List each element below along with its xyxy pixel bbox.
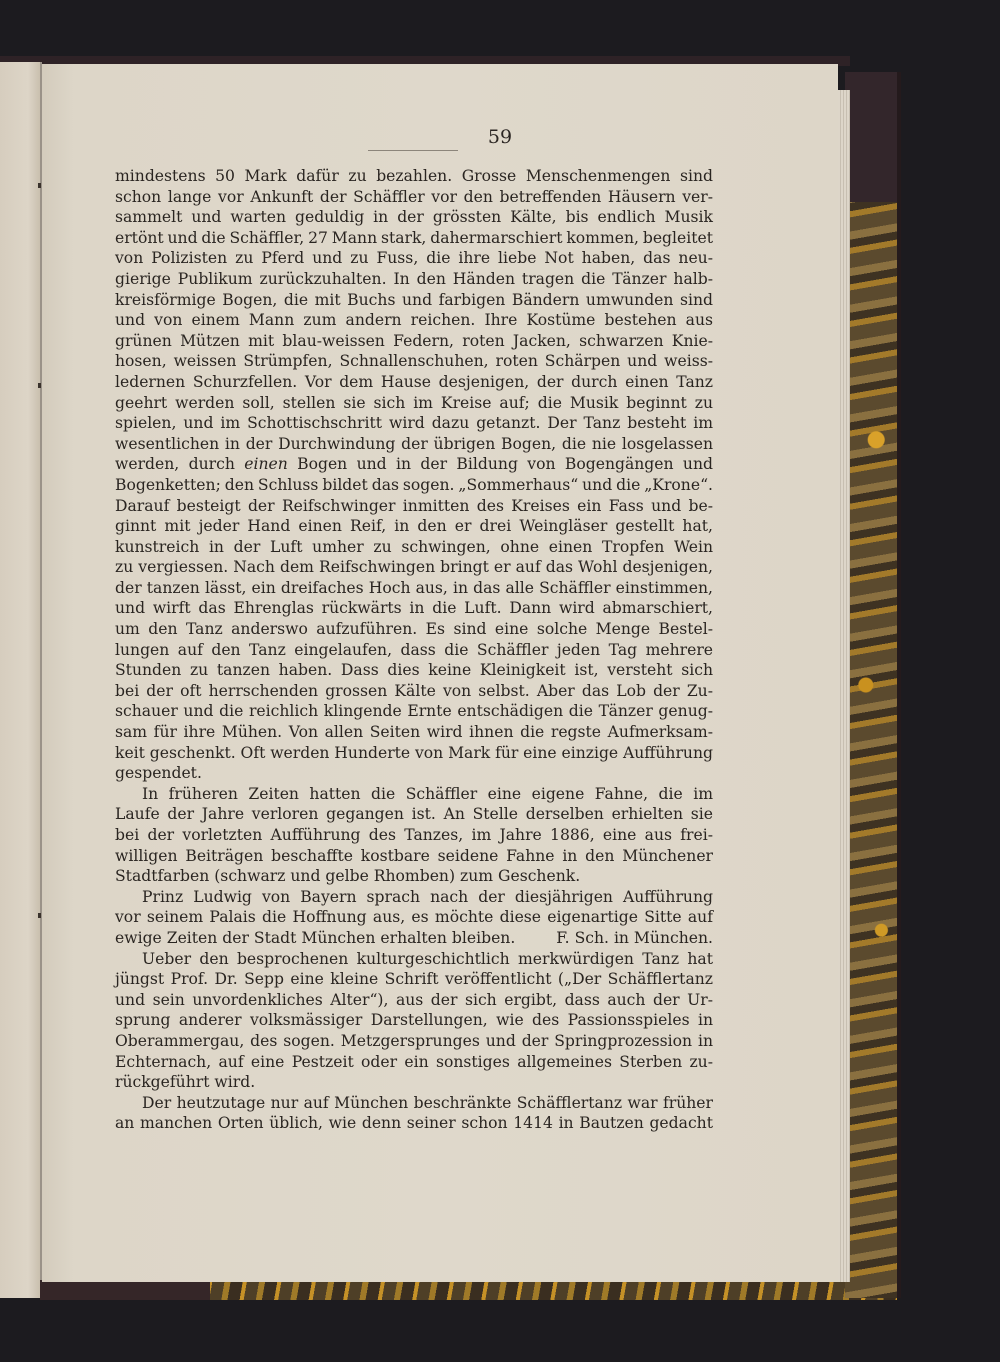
text-line: willigen Beiträgen beschaffte kostbare s…	[115, 846, 713, 867]
paragraph: Der heutzutage nur auf München beschränk…	[115, 1093, 713, 1134]
text-line: hosen, weissen Strümpfen, Schnallenschuh…	[115, 351, 713, 372]
text-line: Stunden zu tanzen haben. Dass dies keine…	[115, 660, 713, 681]
author-signature: F. Sch. in München.	[556, 928, 713, 949]
text-line: von Polizisten zu Pferd und zu Fuss, die…	[115, 248, 713, 269]
text-line: sam für ihre Mühen. Von allen Seiten wir…	[115, 722, 713, 743]
text-line-with-italic: werden, durch einen Bogen und in der Bil…	[115, 454, 713, 475]
text-line: sammelt und warten geduldig in der gröss…	[115, 207, 713, 228]
text-line-with-signature: ewige Zeiten der Stadt München erhalten …	[115, 928, 713, 949]
text-line: wesentlichen in der Durchwindung der übr…	[115, 434, 713, 455]
text-line: und wirft das Ehrenglas rückwärts in die…	[115, 598, 713, 619]
text-fragment: Bogen und in der Bildung von Bogengängen…	[288, 455, 713, 473]
text-line: um den Tanz anderswo aufzuführen. Es sin…	[115, 619, 713, 640]
text-line: und sein unvordenkliches Alter“), aus de…	[115, 990, 713, 1011]
body-text: mindestens 50 Mark dafür zu bezahlen. Gr…	[115, 166, 713, 1134]
text-line: ledernen Schurzfellen. Vor dem Hause des…	[115, 372, 713, 393]
left-page-strip	[0, 62, 42, 1298]
text-line: und von einem Mann zum andern reichen. I…	[115, 310, 713, 331]
text-line: kreisförmige Bogen, die mit Buchs und fa…	[115, 290, 713, 311]
page-number-rule	[368, 150, 458, 151]
page-number: 59	[0, 126, 1000, 148]
text-line: schon lange vor Ankunft der Schäffler vo…	[115, 187, 713, 208]
paragraph: Ueber den besprochenen kulturgeschichtli…	[115, 949, 713, 1093]
text-line: an manchen Orten üblich, wie denn seiner…	[115, 1113, 713, 1134]
paragraph: Prinz Ludwig von Bayern sprach nach der …	[115, 887, 713, 949]
text-line: schauer und die reichlich klingende Ernt…	[115, 701, 713, 722]
text-line: rückgeführt wird.	[115, 1072, 713, 1093]
text-line: jüngst Prof. Dr. Sepp eine kleine Schrif…	[115, 969, 713, 990]
text-line: Bogenketten; den Schluss bildet das soge…	[115, 475, 713, 496]
italic-emphasis: einen	[244, 455, 288, 473]
text-line: gierige Publikum zurückzuhalten. In den …	[115, 269, 713, 290]
text-line: lungen auf den Tanz eingelaufen, dass di…	[115, 640, 713, 661]
text-line: der tanzen lässt, ein dreifaches Hoch au…	[115, 578, 713, 599]
text-line: spielen, und im Schottischschritt wird d…	[115, 413, 713, 434]
text-line: Stadtfarben (schwarz und gelbe Rhomben) …	[115, 866, 713, 887]
text-line: grünen Mützen mit blau-weissen Federn, r…	[115, 331, 713, 352]
text-line: bei der oft herrschenden grossen Kälte v…	[115, 681, 713, 702]
text-line: Oberammergau, des sogen. Metzgersprunges…	[115, 1031, 713, 1052]
text-line: zu vergiessen. Nach dem Reifschwingen br…	[115, 557, 713, 578]
margin-mark	[38, 913, 41, 918]
page-edges	[838, 90, 850, 1282]
bottom-cover-leather	[40, 1280, 210, 1300]
paragraph: mindestens 50 Mark dafür zu bezahlen. Gr…	[115, 166, 713, 784]
text-line: In früheren Zeiten hatten die Schäffler …	[115, 784, 713, 805]
text-fragment: werden, durch	[115, 455, 244, 473]
text-line: Prinz Ludwig von Bayern sprach nach der …	[115, 887, 713, 908]
text-line: Ueber den besprochenen kulturgeschichtli…	[115, 949, 713, 970]
text-line: gespendet.	[115, 763, 713, 784]
text-line: Laufe der Jahre verloren gegangen ist. A…	[115, 804, 713, 825]
text-line: ginnt mit jeder Hand einen Reif, in den …	[115, 516, 713, 537]
text-line: mindestens 50 Mark dafür zu bezahlen. Gr…	[115, 166, 713, 187]
text-line: keit geschenkt. Oft werden Hunderte von …	[115, 743, 713, 764]
margin-mark	[38, 383, 41, 388]
text-line: sprung anderer volksmässiger Darstellung…	[115, 1010, 713, 1031]
text-line: Der heutzutage nur auf München beschränk…	[115, 1093, 713, 1114]
text-line: ertönt und die Schäffler, 27 Mann stark,…	[115, 228, 713, 249]
text-line: kunstreich in der Luft umher zu schwinge…	[115, 537, 713, 558]
margin-mark	[38, 183, 41, 188]
text-line: vor seinem Palais die Hoffnung aus, es m…	[115, 907, 713, 928]
right-marbled-cover	[845, 72, 901, 1298]
text-fragment: ewige Zeiten der Stadt München erhalten …	[115, 928, 515, 949]
text-line: bei der vorletzten Aufführung des Tanzes…	[115, 825, 713, 846]
text-line: Darauf besteigt der Reifschwinger inmitt…	[115, 496, 713, 517]
text-line: geehrt werden soll, stellen sie sich im …	[115, 393, 713, 414]
paragraph: In früheren Zeiten hatten die Schäffler …	[115, 784, 713, 887]
text-line: Echternach, auf eine Pestzeit oder ein s…	[115, 1052, 713, 1073]
